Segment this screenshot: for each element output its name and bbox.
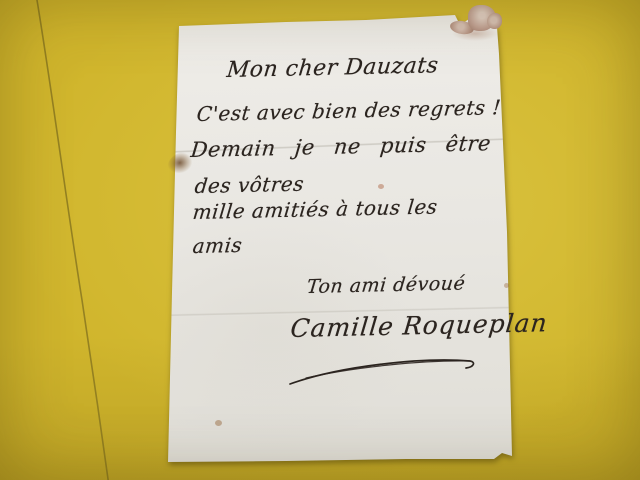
foxing-spot	[504, 283, 509, 288]
letter-salutation: Mon cher Dauzats	[225, 53, 439, 83]
foxing-spot	[378, 184, 384, 189]
foxing-spot	[215, 420, 222, 426]
letter-line: amis	[192, 233, 244, 258]
signature: Camille Roqueplan	[289, 308, 549, 343]
letter-photograph: Mon cher Dauzats C'est avec bien des reg…	[0, 0, 640, 480]
torn-corner-residue	[487, 13, 502, 29]
signature-flourish	[284, 352, 484, 392]
letter-line: des vôtres	[194, 172, 306, 199]
letter-closing: Ton ami dévoué	[306, 272, 467, 298]
